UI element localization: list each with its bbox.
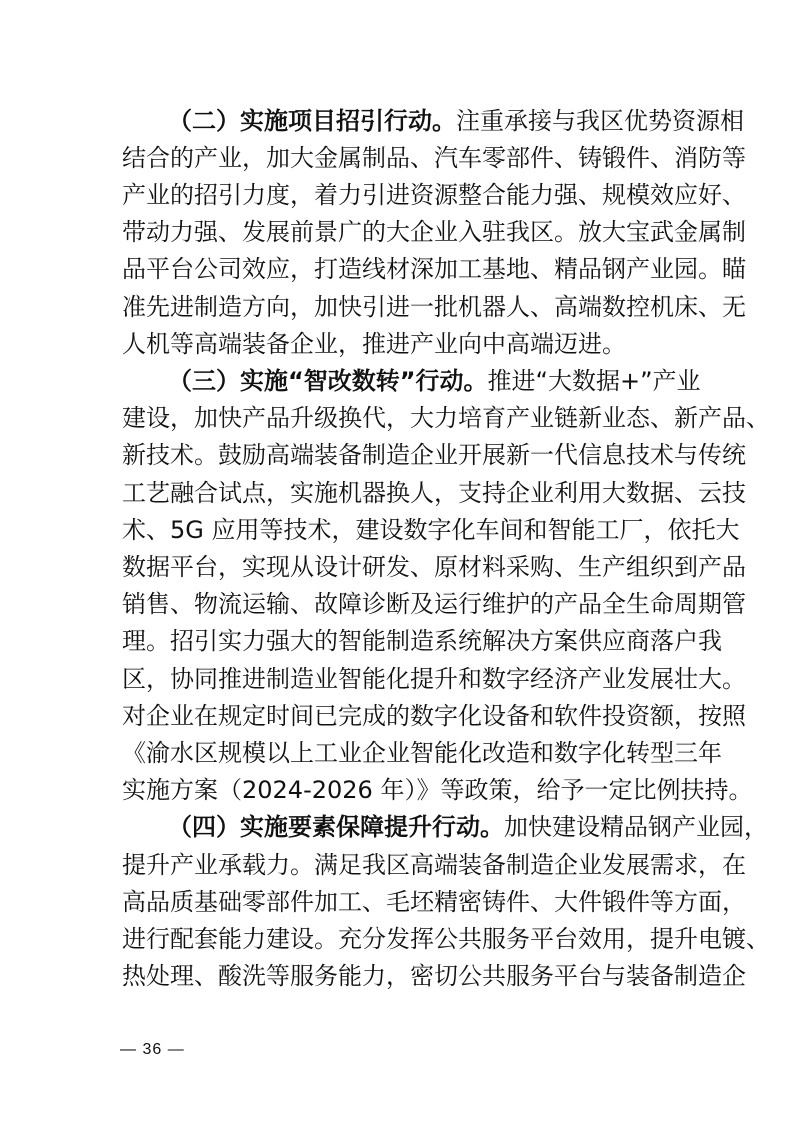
paragraph-text: 注重承接与我区优势资源相 [456,107,744,135]
paragraph-line: 品平台公司效应，打造线材深加工基地、精品钢产业园。瞄 [122,251,673,288]
paragraph-line: 结合的产业，加大金属制品、汽车零部件、铸锻件、消防等 [122,140,673,177]
paragraph-line: 对企业在规定时间已完成的数字化设备和软件投资额，按照 [122,698,673,735]
paragraph-line: 理。招引实力强大的智能制造系统解决方案供应商落户我 [122,623,673,660]
paragraph-line: 新技术。鼓励高端装备制造企业开展新一代信息技术与传统 [122,437,673,474]
paragraph-line: 实施方案（2024-2026 年）》等政策，给予一定比例扶持。 [122,772,673,809]
section-four-heading-line: （四）实施要素保障提升行动。加快建设精品钢产业园， [168,809,673,846]
section-heading: （二）实施项目招引行动。 [168,107,456,135]
page-number: — 36 — [120,1040,185,1060]
paragraph-line: 产业的招引力度，着力引进资源整合能力强、规模效应好、 [122,177,673,214]
paragraph-line: 区，协同推进制造业智能化提升和数字经济产业发展壮大。 [122,661,673,698]
paragraph-line: 人机等高端装备企业，推进产业向中高端迈进。 [122,326,673,363]
paragraph-text: 推进“大数据+”产业 [488,367,701,395]
paragraph-line: 高品质基础零部件加工、毛坯精密铸件、大件锻件等方面， [122,884,673,921]
paragraph-line: 建设，加快产品升级换代，大力培育产业链新业态、新产品、 [122,400,673,437]
paragraph-line: 提升产业承载力。满足我区高端装备制造企业发展需求，在 [122,847,673,884]
paragraph-line: 销售、物流运输、故障诊断及运行维护的产品全生命周期管 [122,586,673,623]
section-three-heading-line: （三）实施“智改数转”行动。推进“大数据+”产业 [168,363,673,400]
section-heading: （三）实施“智改数转”行动。 [168,367,488,395]
paragraph-text: 加快建设精品钢产业园， [504,813,768,841]
paragraph-line: 工艺融合试点，实施机器换人，支持企业利用大数据、云技 [122,475,673,512]
paragraph-line: 带动力强、发展前景广的大企业入驻我区。放大宝武金属制 [122,214,673,251]
section-heading: （四）实施要素保障提升行动。 [168,813,504,841]
paragraph-line: 《渝水区规模以上工业企业智能化改造和数字化转型三年 [122,735,673,772]
document-page: （二）实施项目招引行动。注重承接与我区优势资源相 结合的产业，加大金属制品、汽车… [0,0,793,1122]
paragraph-line: 进行配套能力建设。充分发挥公共服务平台效用，提升电镀、 [122,921,673,958]
section-two-heading-line: （二）实施项目招引行动。注重承接与我区优势资源相 [168,103,673,140]
paragraph-line: 热处理、酸洗等服务能力，密切公共服务平台与装备制造企 [122,958,673,995]
paragraph-line: 术、5G 应用等技术，建设数字化车间和智能工厂，依托大 [122,512,673,549]
paragraph-line: 数据平台，实现从设计研发、原材料采购、生产组织到产品 [122,549,673,586]
paragraph-line: 准先进制造方向，加快引进一批机器人、高端数控机床、无 [122,289,673,326]
